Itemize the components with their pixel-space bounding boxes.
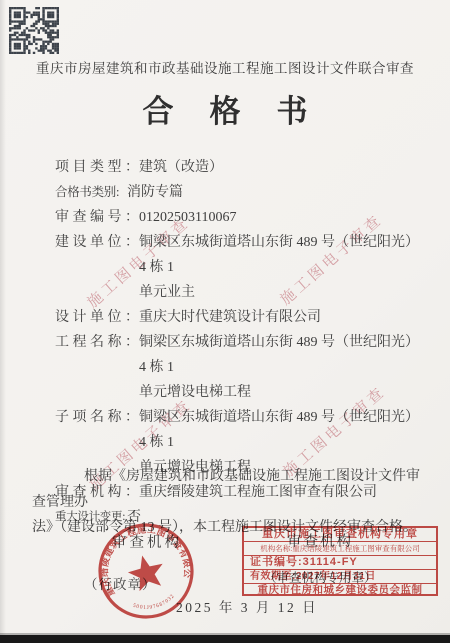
field-value-line: 单元业主 [139,280,424,305]
scan-bottom-edge [0,635,450,643]
approval-statement-line: 根据《房屋建筑和市政基础设施工程施工图设计文件审查管理办 [32,464,430,515]
svg-text:5001J97687032: 5001J97687032 [131,592,178,615]
field-project-name: 工 程 名 称 ： 铜梁区东城街道塔山东街 489 号（世纪阳光）4 栋 1 单… [55,330,424,405]
field-design-unit: 设 计 单 位 ： 重庆大时代建筑设计有限公司 [55,305,424,330]
document-header: 重庆市房屋建筑和市政基础设施工程施工图设计文件联合审查 [0,57,450,77]
review-agency-special-seal: 重庆市施工图审查机构专用章 机构名称:重庆缙陵建筑工程施工图审查有限公司 证书编… [242,526,438,596]
field-review-number: 审 查 编 号 ： 01202503110067 [55,205,424,230]
field-label: 设 计 单 位 ： [55,305,139,330]
field-value: 重庆大时代建筑设计有限公司 [139,305,424,330]
field-value-line: 单元增设电梯工程 [139,380,424,405]
field-value-line: 铜梁区东城街道塔山东街 489 号（世纪阳光）4 栋 1 [139,330,424,380]
seal-title: 重庆市施工图审查机构专用章 [244,528,436,541]
seal-star-icon [125,551,168,593]
document-title: 合格书 [0,86,450,131]
seal-serial-number: 5001J97687032 [131,592,178,615]
seal-supervisor: 重庆市住房和城乡建设委员会监制 [244,583,436,597]
seal-agency-name: 机构名称:重庆缙陵建筑工程施工图审查有限公司 [244,541,436,555]
field-value: 建筑（改造） [139,155,424,180]
field-project-type: 项 目 类 型 ： 建筑（改造） [55,155,424,180]
seal-certificate-number: 证书编号:31114-FY [244,555,436,569]
field-value-line: 铜梁区东城街道塔山东街 489 号（世纪阳光）4 栋 1 [139,230,424,280]
field-label: 工 程 名 称 ： [55,330,139,405]
field-value: 铜梁区东城街道塔山东街 489 号（世纪阳光）4 栋 1 单元业主 [139,230,424,305]
field-value: 铜梁区东城街道塔山东街 489 号（世纪阳光）4 栋 1 单元增设电梯工程 [139,330,424,405]
certificate-page: 重庆市房屋建筑和市政基础设施工程施工图设计文件联合审查 合格书 施工图电子审查 … [0,0,450,643]
qr-code [9,7,59,54]
field-construction-unit: 建 设 单 位 ： 铜梁区东城街道塔山东街 489 号（世纪阳光）4 栋 1 单… [55,230,424,305]
seal-valid-until: 有效期至:2027年12月31日 [244,569,436,583]
field-label: 项 目 类 型 ： [55,155,139,180]
field-value: 01202503110067 [139,205,424,230]
field-label: 合格书类别: [55,180,127,205]
field-value-line: 铜梁区东城街道塔山东街 489 号（世纪阳光）4 栋 1 [139,405,424,455]
field-label: 建 设 单 位 ： [55,230,139,305]
field-label: 审 查 编 号 ： [55,205,139,230]
field-value: 消防专篇 [127,180,424,205]
field-certificate-category: 合格书类别: 消防专篇 [55,180,424,205]
